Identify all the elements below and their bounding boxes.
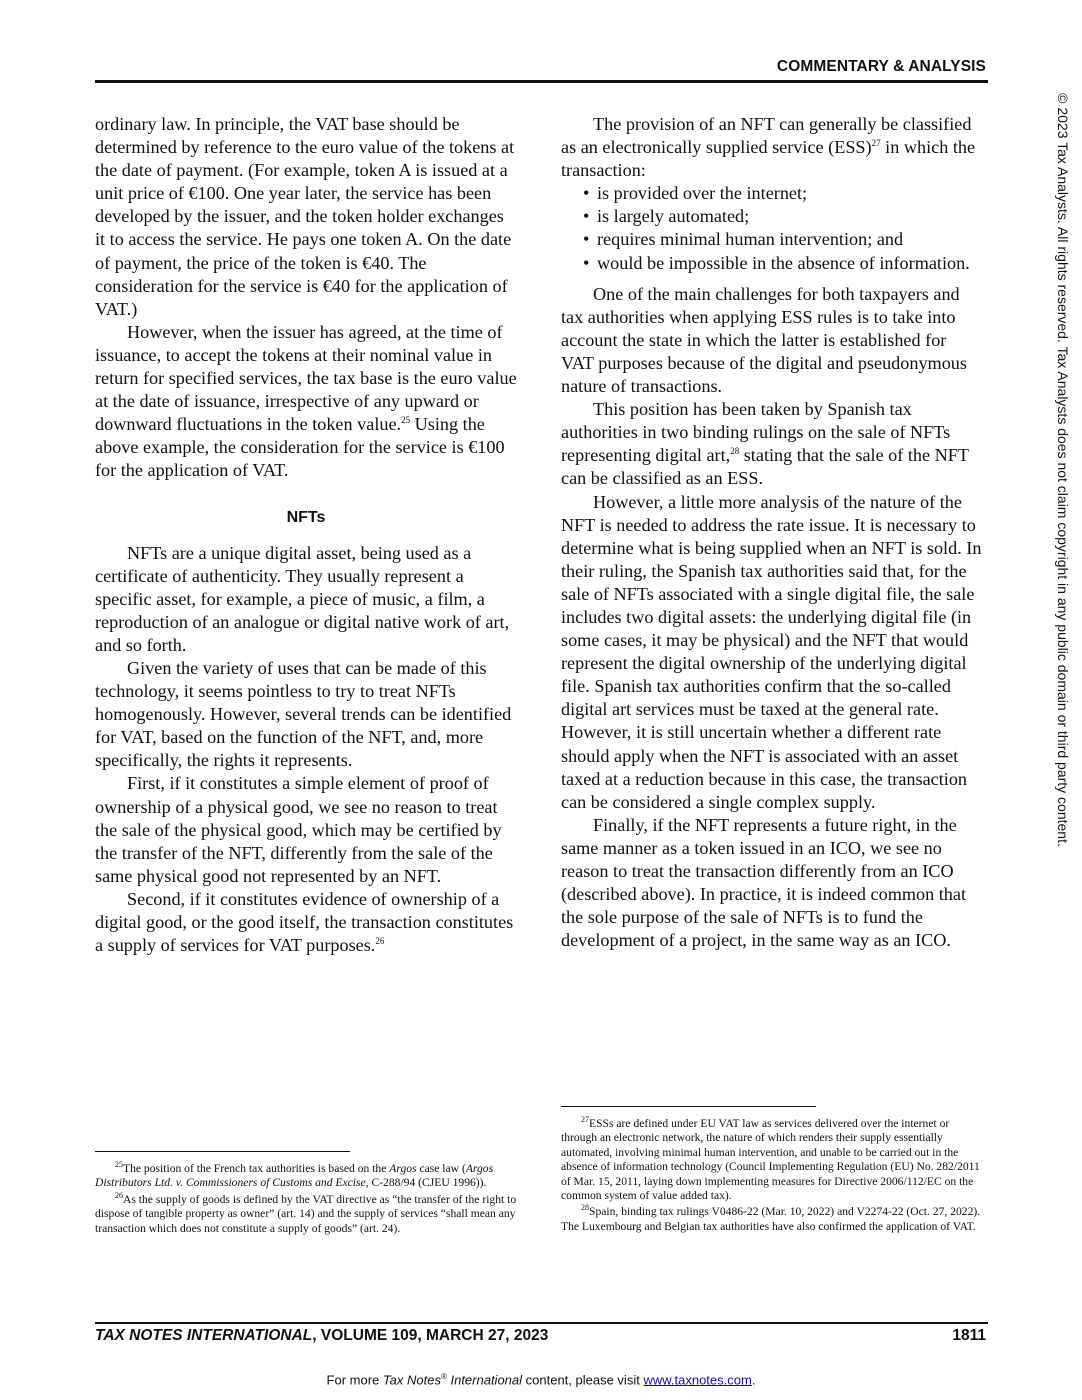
page-number: 1811	[952, 1327, 986, 1345]
footnote: 26As the supply of goods is defined by t…	[95, 1193, 517, 1236]
left-column: ordinary law. In principle, the VAT base…	[95, 113, 517, 957]
bullet-list: is provided over the internet; is largel…	[561, 182, 983, 274]
paragraph: Given the variety of uses that can be ma…	[95, 657, 517, 772]
paragraph: The provision of an NFT can generally be…	[561, 113, 983, 182]
copyright-notice: © 2023 Tax Analysts. All rights reserved…	[1055, 93, 1071, 847]
paragraph: ordinary law. In principle, the VAT base…	[95, 113, 517, 321]
paragraph: First, if it constitutes a simple elemen…	[95, 772, 517, 887]
footnotes-right: 27ESSs are defined under EU VAT law as s…	[561, 1117, 983, 1236]
list-item: is largely automated;	[583, 205, 983, 228]
footnote: 25The position of the French tax authori…	[95, 1162, 517, 1191]
header-rule	[95, 80, 988, 83]
section-heading: NFTs	[95, 508, 517, 528]
paragraph: Finally, if the NFT represents a future …	[561, 814, 983, 953]
footer-rule	[95, 1322, 988, 1324]
footnote-ref[interactable]: 28	[730, 446, 739, 456]
footnote-ref[interactable]: 25	[401, 415, 410, 425]
section-label: COMMENTARY & ANALYSIS	[777, 58, 986, 76]
paragraph: One of the main challenges for both taxp…	[561, 283, 983, 398]
taxnotes-link[interactable]: www.taxnotes.com	[643, 1372, 751, 1387]
footnote: 27ESSs are defined under EU VAT law as s…	[561, 1117, 983, 1203]
paragraph: NFTs are a unique digital asset, being u…	[95, 542, 517, 657]
promo-line: For more Tax Notes® International conten…	[0, 1372, 1082, 1387]
paragraph: However, when the issuer has agreed, at …	[95, 321, 517, 483]
footnote-ref[interactable]: 27	[872, 138, 881, 148]
footnotes-left: 25The position of the French tax authori…	[95, 1162, 517, 1238]
paragraph: This position has been taken by Spanish …	[561, 398, 983, 490]
list-item: would be impossible in the absence of in…	[583, 252, 983, 275]
list-item: requires minimal human intervention; and	[583, 228, 983, 251]
publication-info: TAX NOTES INTERNATIONAL, VOLUME 109, MAR…	[95, 1327, 548, 1345]
list-item: is provided over the internet;	[583, 182, 983, 205]
right-column: The provision of an NFT can generally be…	[561, 113, 983, 952]
footnote-divider	[95, 1151, 350, 1152]
footnote-ref[interactable]: 26	[375, 936, 384, 946]
paragraph: However, a little more analysis of the n…	[561, 491, 983, 814]
footnote: 28Spain, binding tax rulings V0486-22 (M…	[561, 1205, 983, 1234]
paragraph: Second, if it constitutes evidence of ow…	[95, 888, 517, 957]
footnote-divider	[561, 1106, 816, 1107]
